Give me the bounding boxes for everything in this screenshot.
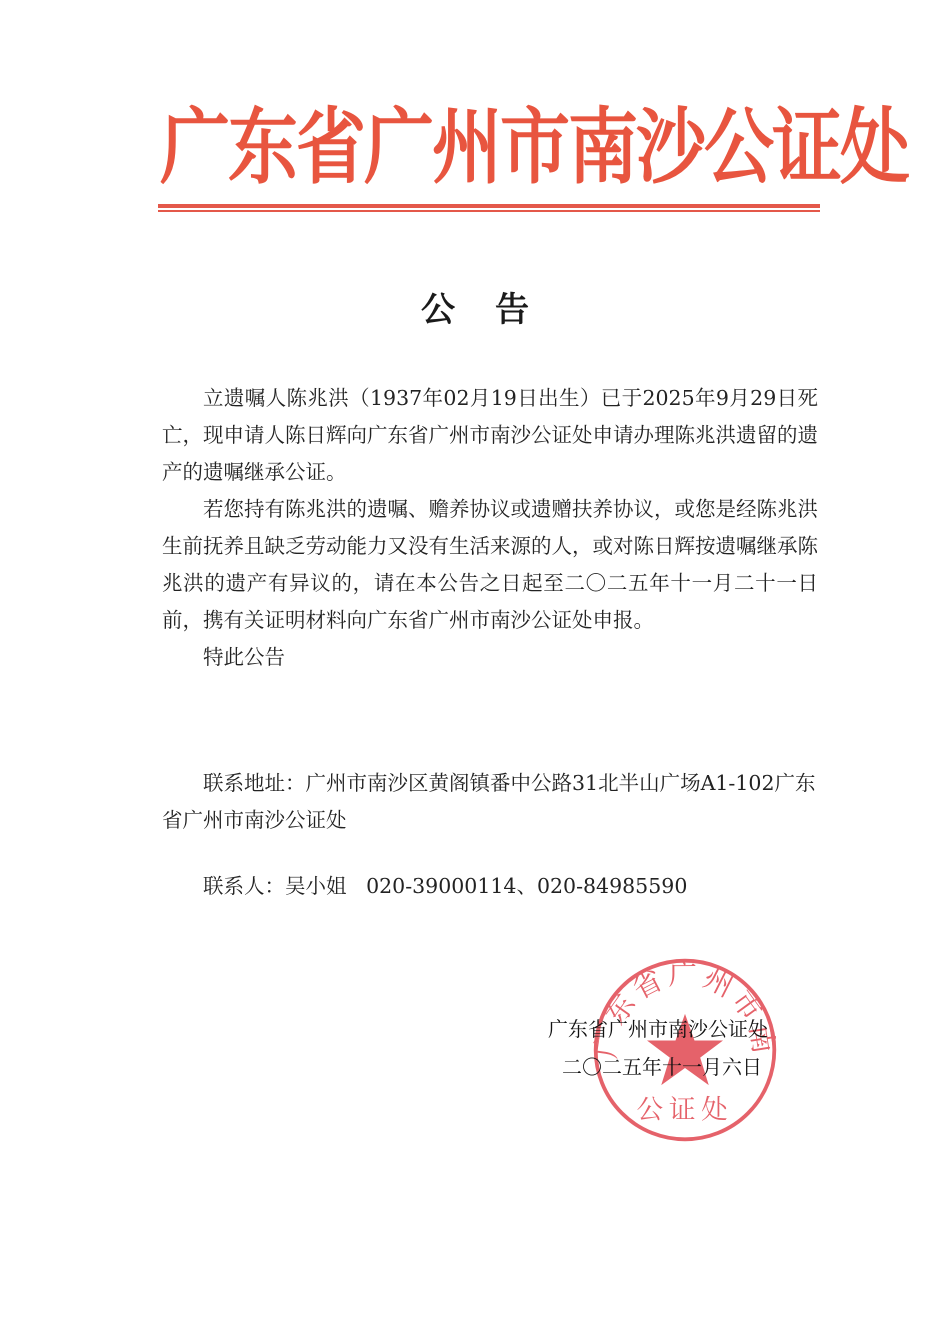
contact-address-block: 联系地址：广州市南沙区黄阁镇番中公路31北半山广场A1-102广东省广州市南沙公… [162, 765, 818, 839]
notice-title: 公告 [0, 282, 950, 331]
seal-bottom-text: 公证处 [637, 1094, 734, 1125]
notice-body: 立遗嘱人陈兆洪（1937年02月19日出生）已于2025年9月29日死亡，现申请… [162, 380, 818, 676]
notice-closing: 特此公告 [162, 639, 818, 676]
contact-person-label: 联系人： [203, 874, 285, 898]
signature-organization: 广东省广州市南沙公证处 [548, 1010, 768, 1048]
contact-address-label: 联系地址： [203, 771, 306, 795]
letterhead-divider-thick [158, 204, 820, 208]
contact-person-block: 联系人：吴小姐 020-39000114、020-84985590 [162, 868, 818, 905]
contact-phones: 020-39000114、020-84985590 [366, 874, 687, 898]
contact-person: 吴小姐 [285, 874, 347, 898]
notice-paragraph-1: 立遗嘱人陈兆洪（1937年02月19日出生）已于2025年9月29日死亡，现申请… [162, 380, 818, 491]
contact-person-line: 联系人：吴小姐 020-39000114、020-84985590 [162, 868, 818, 905]
letterhead-divider-thin [158, 210, 820, 212]
signature-date: 二〇二五年十一月六日 [548, 1048, 768, 1086]
letterhead-title: 广东省广州市南沙公证处 [160, 88, 820, 206]
notice-paragraph-2: 若您持有陈兆洪的遗嘱、赡养协议或遗赠扶养协议，或您是经陈兆洪生前抚养且缺乏劳动能… [162, 491, 818, 639]
signature-block: 广东省广州市南沙公证处 二〇二五年十一月六日 [548, 1010, 768, 1086]
contact-address-line: 联系地址：广州市南沙区黄阁镇番中公路31北半山广场A1-102广东省广州市南沙公… [162, 765, 818, 839]
